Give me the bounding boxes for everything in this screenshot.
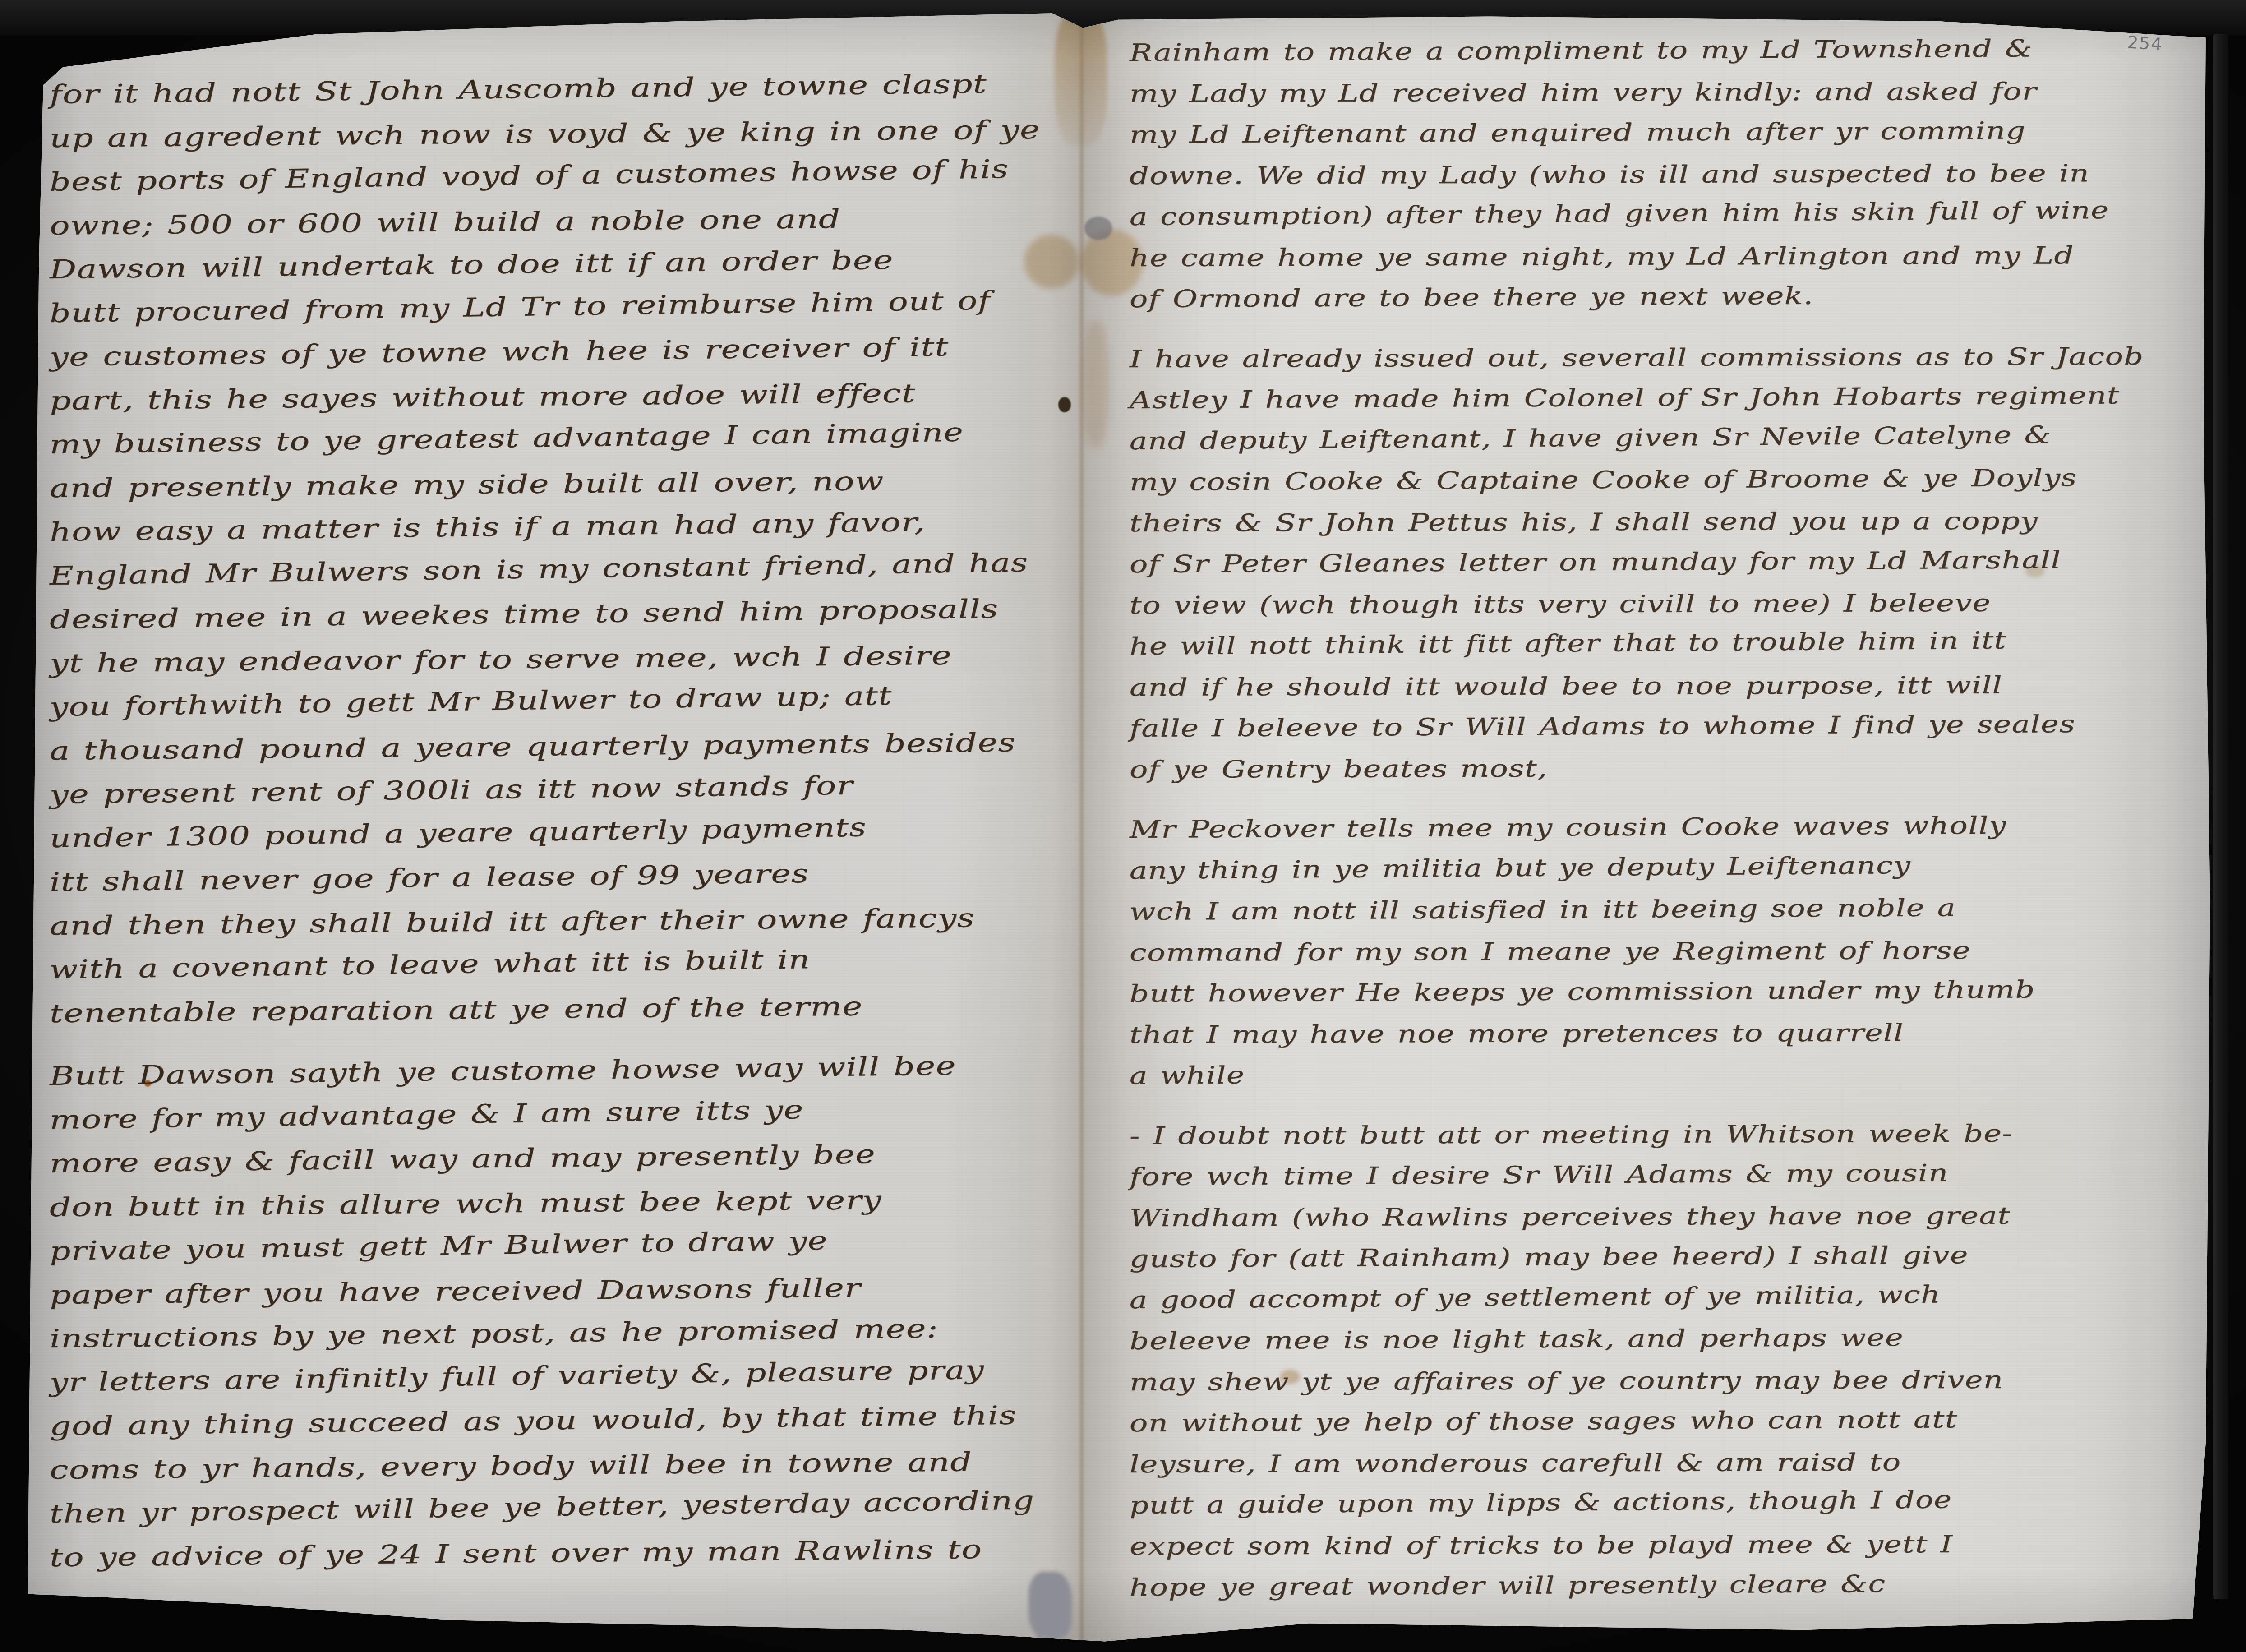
handwritten-line: command for my son I meane ye Regiment o… [1130, 929, 2246, 974]
handwritten-line: I have already issued out, severall comm… [1130, 335, 2246, 380]
handwritten-line: beleeve mee is noe light task, and perha… [1130, 1315, 2246, 1362]
handwritten-line: of Ormond are to bee there ye next week. [1130, 272, 2246, 320]
handwritten-line: butt however He keeps ye commission unde… [1130, 967, 2246, 1015]
handwritten-line: my Lady my Ld received him very kindly: … [1130, 70, 2246, 115]
handwritten-line: hope ye great wonder will presently clea… [1130, 1561, 2246, 1608]
handwritten-line: my cosin Cooke & Captaine Cooke of Broom… [1130, 456, 2246, 503]
bottom-fold-grey-blob [1028, 1572, 1072, 1639]
handwritten-line: gusto for (att Rainham) may bee heerd) I… [1130, 1232, 2246, 1280]
handwritten-line: falle I beleeve to Sr Will Adams to whom… [1130, 702, 2246, 749]
handwritten-line: fore wch time I desire Sr Will Adams & m… [1130, 1150, 2246, 1198]
handwritten-line: theirs & Sr John Pettus his, I shall sen… [1130, 499, 2246, 544]
photograph-backdrop: for it had nott St John Auscomb and ye t… [0, 0, 2246, 1652]
fold-worm-hole [1058, 397, 1071, 412]
handwritten-line: and if he should itt would bee to noe pu… [1130, 664, 2246, 708]
handwritten-line: - I doubt nott butt att or meeting in Wh… [1130, 1112, 2246, 1157]
handwritten-line: Rainham to make a compliment to my Ld To… [1130, 26, 2246, 74]
handwritten-line: my Ld Leiftenant and enquired much after… [1130, 108, 2246, 156]
handwritten-line: on without ye help of those sages who ca… [1130, 1397, 2246, 1444]
handwritten-line: may shew yt ye affaires of ye country ma… [1130, 1358, 2246, 1403]
handwritten-line: wch I am nott ill satisfied in itt beein… [1130, 885, 2246, 932]
letter-spread: for it had nott St John Auscomb and ye t… [23, 10, 2217, 1643]
handwritten-line: of Sr Peter Gleanes letter on munday for… [1130, 538, 2246, 585]
handwritten-line: Mr Peckover tells mee my cousin Cooke wa… [1130, 803, 2246, 850]
folio-number-pencil: 254 [2127, 32, 2163, 54]
page-left-text: for it had nott St John Auscomb and ye t… [50, 73, 1056, 1580]
handwritten-line: of ye Gentry beates most, [1130, 746, 2246, 790]
book-page-edges [2213, 34, 2228, 1599]
page-right-text: Rainham to make a compliment to my Ld To… [1130, 32, 2194, 1608]
handwritten-line: expect som kind of tricks to be playd me… [1130, 1523, 2246, 1567]
handwritten-line: he came home ye same night, my Ld Arling… [1130, 234, 2246, 279]
handwritten-line: Astley I have made him Colonel of Sr Joh… [1130, 374, 2246, 421]
handwritten-line: Windham (who Rawlins perceives they have… [1130, 1194, 2246, 1239]
